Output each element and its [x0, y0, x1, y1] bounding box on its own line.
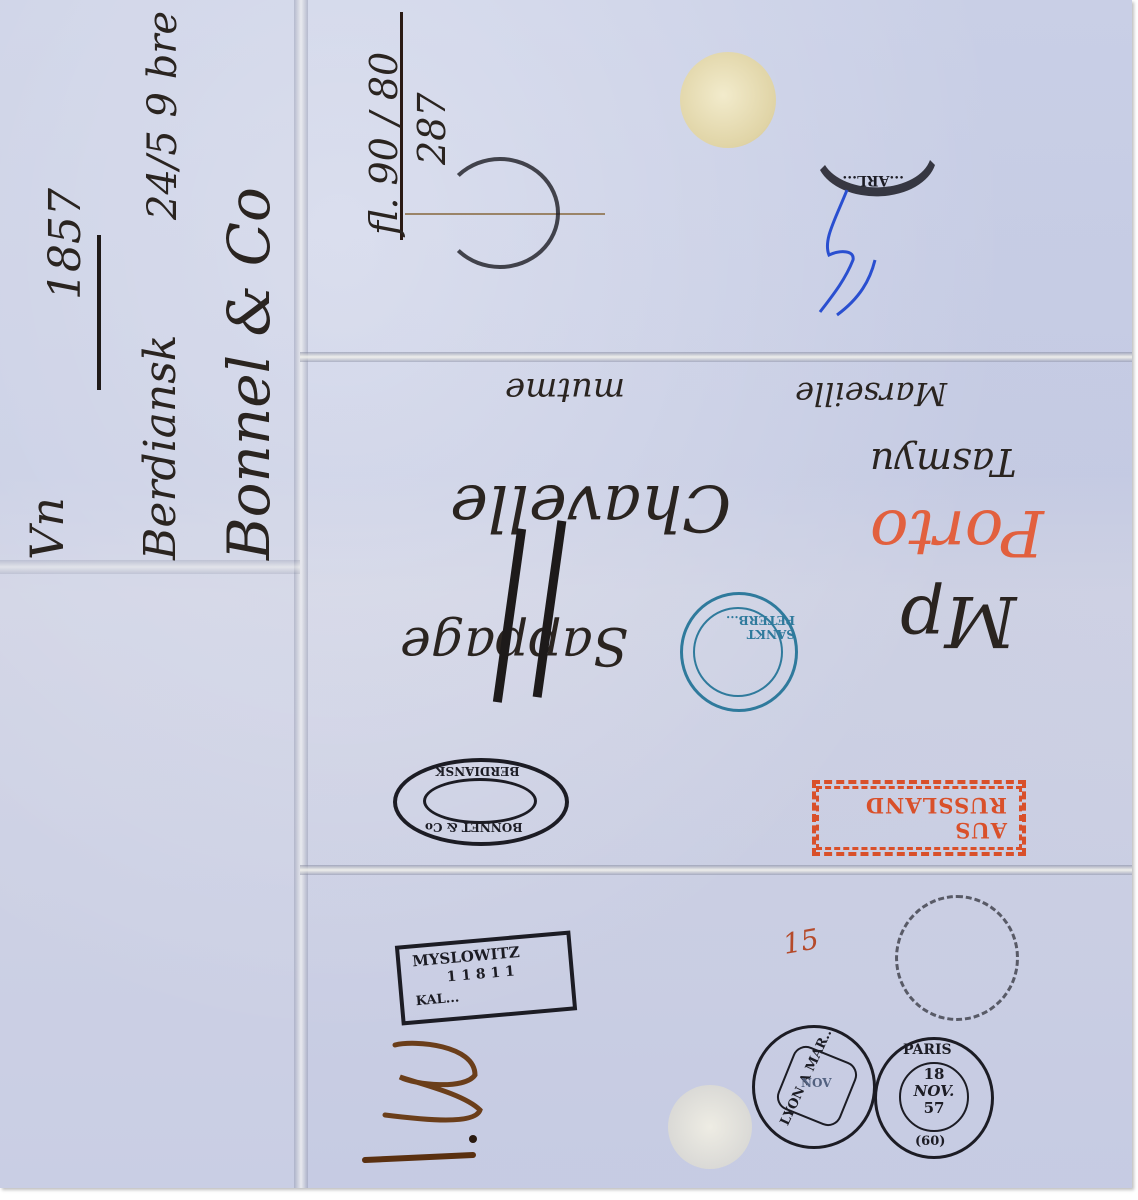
address-line-2: Marseille	[795, 375, 947, 413]
blue-pencil-mark	[815, 180, 895, 320]
horizontal-fold-1	[300, 352, 1132, 362]
oval-agent-stamp: BERDIANSK BONNET & Co	[393, 758, 569, 846]
address-line-4: Sappage	[400, 615, 628, 675]
faint-circle-postmark	[895, 895, 1019, 1021]
docket-rule	[97, 235, 101, 390]
wax-seal	[680, 52, 776, 148]
address-line-3: Tasmyu	[870, 440, 1017, 484]
docket-year: 1857	[40, 188, 91, 300]
red-rate-mark: 15	[780, 922, 821, 961]
address-name: Chavelle	[450, 470, 731, 544]
blue-cds-postmark: SANKT PETERB...	[680, 592, 798, 712]
docket-name: Bonnel & Co	[215, 187, 283, 560]
paris-year: 57	[877, 1100, 991, 1117]
brown-rate-mark	[355, 1035, 485, 1175]
left-fold	[0, 560, 300, 574]
vertical-fold	[294, 0, 308, 1188]
ledger-line2: 287	[410, 92, 454, 165]
docket-date: 24/5 9 bre	[140, 11, 186, 220]
address-greeting: Mp	[900, 580, 1016, 662]
ledger-line1: fl. 90 / 80	[362, 52, 406, 235]
docket-place: Berdiansk	[135, 335, 186, 560]
address-line-1: mutme	[505, 370, 625, 410]
red-porto-charge: Porto	[870, 495, 1044, 569]
paris-day: 18	[877, 1066, 991, 1083]
docket-prefix: Vn	[20, 497, 74, 560]
paris-cds-postmark: PARIS 18 NOV. 57 (60)	[874, 1037, 994, 1159]
seal-residue	[668, 1085, 752, 1169]
aus-russland-stamp: AUS RUSSLAND	[812, 780, 1026, 856]
horizontal-fold-2	[300, 865, 1132, 875]
lyon-marseille-postmark: LYON A MAR... NOV	[752, 1025, 876, 1149]
paris-month: NOV.	[877, 1083, 991, 1100]
myslowitz-transit-stamp: MYSLOWITZ 1 1 8 1 1 KAL...	[395, 930, 577, 1025]
faint-cds-postmark	[440, 157, 560, 269]
